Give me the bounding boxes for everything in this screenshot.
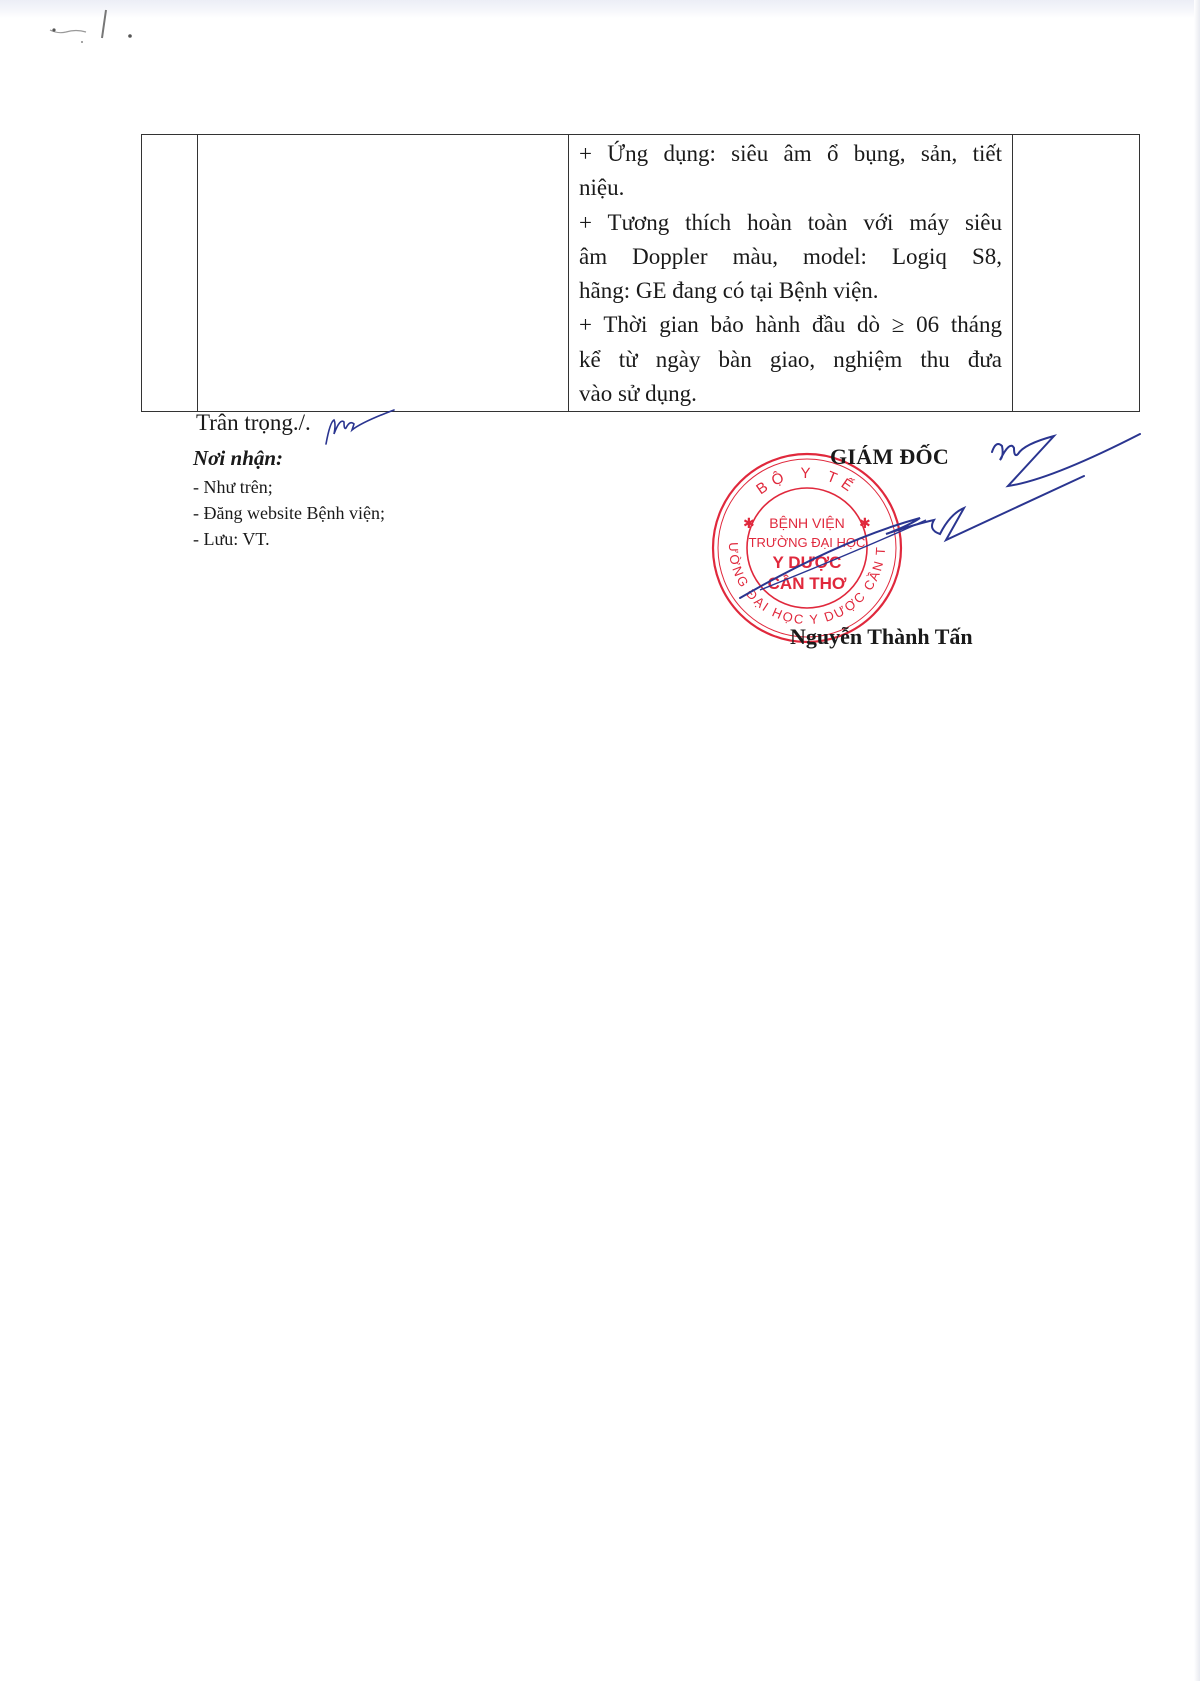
- spec-line: kể từ ngày bàn giao, nghiệm thu đưa: [579, 343, 1002, 377]
- spec-line: + Tương thích hoàn toàn với máy siêu: [579, 206, 1002, 240]
- table-row: + Ứng dụng: siêu âm ổ bụng, sản, tiếtniệ…: [142, 135, 1140, 412]
- spec-line: âm Doppler màu, model: Logiq S8,: [579, 240, 1002, 274]
- recipients-heading: Nơi nhận:: [193, 446, 283, 471]
- scan-edge-top: [0, 0, 1200, 18]
- scan-artifact-mark: [40, 8, 150, 48]
- recipient-item: - Như trên;: [193, 474, 385, 500]
- svg-text:Y DƯỢC: Y DƯỢC: [773, 553, 842, 572]
- closing-phrase: Trân trọng./.: [196, 410, 311, 436]
- official-stamp-icon: BỘ Y TẾ TRƯỜNG ĐẠI HỌC Y DƯỢC CẦN THƠ ✱ …: [707, 448, 907, 648]
- signer-name: Nguyễn Thành Tấn: [790, 624, 973, 650]
- initial-signature-icon: [320, 408, 400, 448]
- svg-text:✱: ✱: [743, 517, 755, 532]
- spec-line: hãng: GE đang có tại Bệnh viện.: [579, 274, 1002, 308]
- specification-table: + Ứng dụng: siêu âm ổ bụng, sản, tiếtniệ…: [141, 134, 1140, 412]
- signer-title: GIÁM ĐỐC: [830, 444, 949, 470]
- recipient-item: - Đăng website Bệnh viện;: [193, 500, 385, 526]
- spec-line: vào sử dụng.: [579, 377, 1002, 411]
- svg-text:✱: ✱: [859, 517, 871, 532]
- cell-item: [198, 135, 569, 412]
- recipients-list: - Như trên; - Đăng website Bệnh viện; - …: [193, 474, 385, 552]
- svg-text:BỆNH VIỆN: BỆNH VIỆN: [769, 515, 844, 531]
- spec-line: + Thời gian bảo hành đầu dò ≥ 06 tháng: [579, 308, 1002, 342]
- svg-text:CẦN THƠ: CẦN THƠ: [768, 574, 847, 593]
- spec-line: niệu.: [579, 171, 1002, 205]
- spec-line: + Ứng dụng: siêu âm ổ bụng, sản, tiết: [579, 137, 1002, 171]
- scan-edge-right: [1194, 0, 1200, 1681]
- cell-note: [1013, 135, 1140, 412]
- recipient-item: - Lưu: VT.: [193, 526, 385, 552]
- cell-index: [142, 135, 198, 412]
- svg-text:TRƯỜNG ĐẠI HỌC: TRƯỜNG ĐẠI HỌC: [749, 535, 866, 550]
- cell-specification: + Ứng dụng: siêu âm ổ bụng, sản, tiếtniệ…: [569, 135, 1013, 412]
